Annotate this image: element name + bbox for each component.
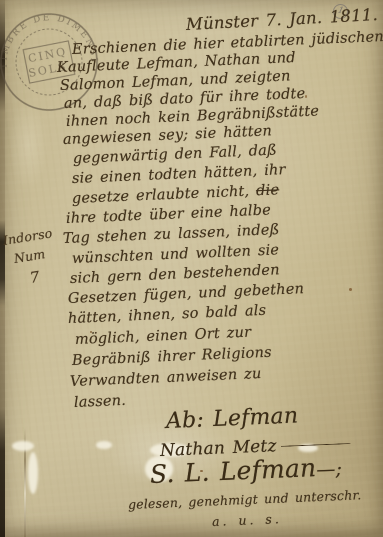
margin-note-line2: Num [13, 246, 46, 266]
struck-word: die [256, 182, 280, 199]
signature-flourish [281, 443, 351, 447]
body-line: möglich, einen Ort zur [75, 325, 252, 348]
closing-line2: a. u. s. [212, 511, 282, 529]
signature-flourish: —; [316, 458, 343, 481]
paper-speck [349, 288, 352, 291]
manuscript-page: TIMBRE DE DIMENSION CINQ SOLS. 1 Münster… [0, 0, 383, 537]
signature-ab-lefman: Ab: Lefman [165, 403, 298, 434]
body-line: hätten, ihnen, so bald als [68, 303, 267, 327]
damage-spot [28, 452, 38, 494]
body-line: lassen. [74, 393, 127, 411]
body-line: Verwandten anweisen zu [70, 366, 262, 390]
damage-spot [12, 441, 34, 451]
signature-text: S. L. Lefman [149, 453, 316, 489]
closing-line1: gelesen, genehmigt und unterschr. [128, 487, 362, 512]
margin-note-line1: Indorso [2, 225, 54, 248]
fold-crease [24, 428, 26, 537]
margin-note-number: 7 [29, 268, 41, 287]
body-line: Begräbniß ihrer Religions [72, 345, 272, 369]
damage-spot [96, 441, 112, 449]
